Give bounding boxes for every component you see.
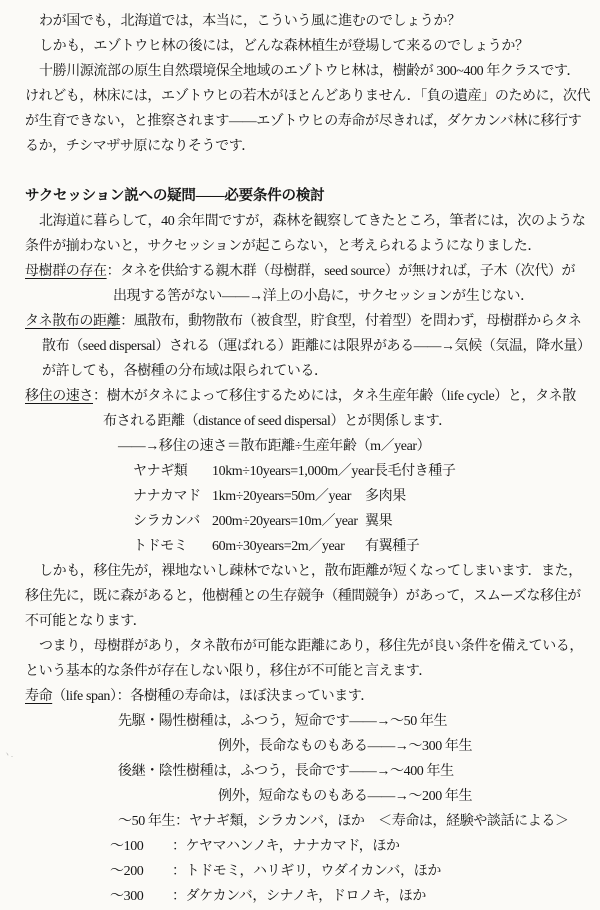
seed-type: 有翼種子 xyxy=(365,534,419,559)
successor-species-line: 後継・陰性樹種は，ふつう，長命です——→～400 年生 xyxy=(118,759,582,784)
intro-line-4: けれども，林床には，エゾトウヒの若木がほとんどありません．「負の遺産」のために，… xyxy=(25,84,582,109)
lifespan-list-row: ～300 ：ダケカンバ，シナノキ，ドロノキ，ほか xyxy=(110,884,582,909)
species-name: シラカンバ xyxy=(133,509,212,534)
condition-dispersal-line-1: タネ散布の距離：風散布，動物散布（被食型，貯食型，付着型）を問わず，母樹群からタ… xyxy=(25,309,582,334)
seed-type: 多肉果 xyxy=(365,484,406,509)
migration-note-line-2: 移住先に，既に森があると，他樹種との生存競争（種間競争）があって，スムーズな移住… xyxy=(25,584,582,609)
lifespan-label: ～200 xyxy=(110,859,172,884)
lifespan-species: ：ダケカンバ，シナノキ，ドロノキ，ほか xyxy=(172,884,426,909)
speed-table-row: ヤナギ類 10km÷10years=1,000m／year 長毛付き種子 xyxy=(133,459,582,484)
successor-exception-line: 例外，短命なものもある——→～200 年生 xyxy=(218,784,582,809)
condition-seed-source-line-2: 出現する筈がない——→洋上の小島に，サクセッションが生じない． xyxy=(113,284,582,309)
condition-dispersal-text: ：風散布，動物散布（被食型，貯食型，付着型）を問わず，母樹群からタネ xyxy=(120,314,581,329)
lifespan-label: ～300 xyxy=(110,884,172,909)
pioneer-exception-line: 例外，長命なものもある——→～300 年生 xyxy=(218,734,582,759)
condition-migration-text: ：樹木がタネによって移住するためには，タネ生産年齢（life cycle）と，タ… xyxy=(93,389,576,404)
intro-line-3: 十勝川源流部の原生自然環境保全地域のエゾトウヒ林は，樹齢が 300~400 年ク… xyxy=(25,59,582,84)
section-intro-line-2: 条件が揃わないと，サクセッションが起こらない，と考えられるようになりました． xyxy=(25,234,582,259)
condition-seed-source-text: ：タネを供給する親木群（母樹群，seed source）が無ければ，子木（次代）… xyxy=(107,264,576,279)
speed-formula: 200m÷20years=10m／year xyxy=(212,509,365,534)
condition-dispersal-term: タネ散布の距離 xyxy=(25,314,120,329)
speed-table-row: ナナカマド 1km÷20years=50m／year 多肉果 xyxy=(133,484,582,509)
section-heading: サクセッション説への疑問——必要条件の検討 xyxy=(25,184,582,209)
migration-note-line-1: しかも，移住先が，裸地ないし疎林でないと，散布距離が短くなってしまいます．また， xyxy=(25,559,582,584)
seed-type: 翼果 xyxy=(365,509,392,534)
lifespan-species: ：トドモミ，ハリギリ，ウダイカンバ，ほか xyxy=(172,859,441,884)
condition-lifespan-line-1: 寿命（life span）：各樹種の寿命は，ほぼ決まっています． xyxy=(25,684,582,709)
species-name: ナナカマド xyxy=(133,484,212,509)
speed-table-row: トドモミ 60m÷30years=2m／year 有翼種子 xyxy=(133,534,582,559)
speed-formula: 1km÷20years=50m／year xyxy=(212,484,365,509)
species-name: トドモミ xyxy=(133,534,212,559)
intro-line-5: が生育できない，と推察されます——エゾトウヒの寿命が尽きれば，ダケカンバ林に移行… xyxy=(25,109,582,134)
condition-migration-line-2: 布される距離（distance of seed dispersal）とが関係しま… xyxy=(103,409,582,434)
lifespan-list-row: ～200 ：トドモミ，ハリギリ，ウダイカンバ，ほか xyxy=(110,859,582,884)
lifespan-list-row: ～100 ：ケヤマハンノキ，ナナカマド，ほか xyxy=(110,834,582,859)
speed-table-row: シラカンバ 200m÷20years=10m／year 翼果 xyxy=(133,509,582,534)
condition-lifespan-text: （life span）：各樹種の寿命は，ほぼ決まっています． xyxy=(52,689,374,704)
speed-formula: 60m÷30years=2m／year xyxy=(212,534,365,559)
migration-summary-line-2: という基本的な条件が存在しない限り，移住が不可能と言えます． xyxy=(25,659,582,684)
migration-note-line-3: 不可能となります． xyxy=(25,609,582,634)
scan-smudge: ヽ. xyxy=(3,752,13,758)
pioneer-species-line: 先駆・陽性樹種は，ふつう，短命です——→～50 年生 xyxy=(118,709,582,734)
lifespan-label: ～100 xyxy=(110,834,172,859)
migration-summary-line-1: つまり，母樹群があり，タネ散布が可能な距離にあり，移住先が良い条件を備えている， xyxy=(25,634,582,659)
migration-speed-formula: ——→移住の速さ＝散布距離÷生産年齢（m／year） xyxy=(118,434,582,459)
intro-line-6: るか，チシマザサ原になりそうです． xyxy=(25,134,582,159)
condition-dispersal-line-2: 散布（seed dispersal）される（運ばれる）距離には限界がある——→気… xyxy=(42,334,582,359)
condition-migration-line-1: 移住の速さ：樹木がタネによって移住するためには，タネ生産年齢（life cycl… xyxy=(25,384,582,409)
condition-dispersal-line-3: が許しても，各樹種の分布域は限られている． xyxy=(42,359,582,384)
lifespan-species: ：ヤナギ類，シラカンバ，ほか ＜寿命は，経験や談話による＞ xyxy=(175,809,568,834)
section-intro-line-1: 北海道に暮らして，40 余年間ですが，森林を観察してきたところ，筆者には，次のよ… xyxy=(25,209,582,234)
seed-type: 長毛付き種子 xyxy=(374,459,456,484)
condition-seed-source-term: 母樹群の存在 xyxy=(25,264,107,279)
lifespan-label: ～50 年生 xyxy=(118,809,175,834)
intro-line-2: しかも，エゾトウヒ林の後には，どんな森林植生が登場して来るのでしょうか？ xyxy=(25,34,582,59)
condition-seed-source-line-1: 母樹群の存在：タネを供給する親木群（母樹群，seed source）が無ければ，… xyxy=(25,259,582,284)
lifespan-list-row: ～50 年生 ：ヤナギ類，シラカンバ，ほか ＜寿命は，経験や談話による＞ xyxy=(118,809,582,834)
intro-line-1: わが国でも，北海道では，本当に，こういう風に進むのでしょうか？ xyxy=(25,9,582,34)
species-name: ヤナギ類 xyxy=(133,459,212,484)
condition-migration-term: 移住の速さ xyxy=(25,389,93,404)
condition-lifespan-term: 寿命 xyxy=(25,689,52,704)
lifespan-species: ：ケヤマハンノキ，ナナカマド，ほか xyxy=(172,834,400,859)
document-page: わが国でも，北海道では，本当に，こういう風に進むのでしょうか？ しかも，エゾトウ… xyxy=(0,0,600,910)
speed-formula: 10km÷10years=1,000m／year xyxy=(212,459,374,484)
